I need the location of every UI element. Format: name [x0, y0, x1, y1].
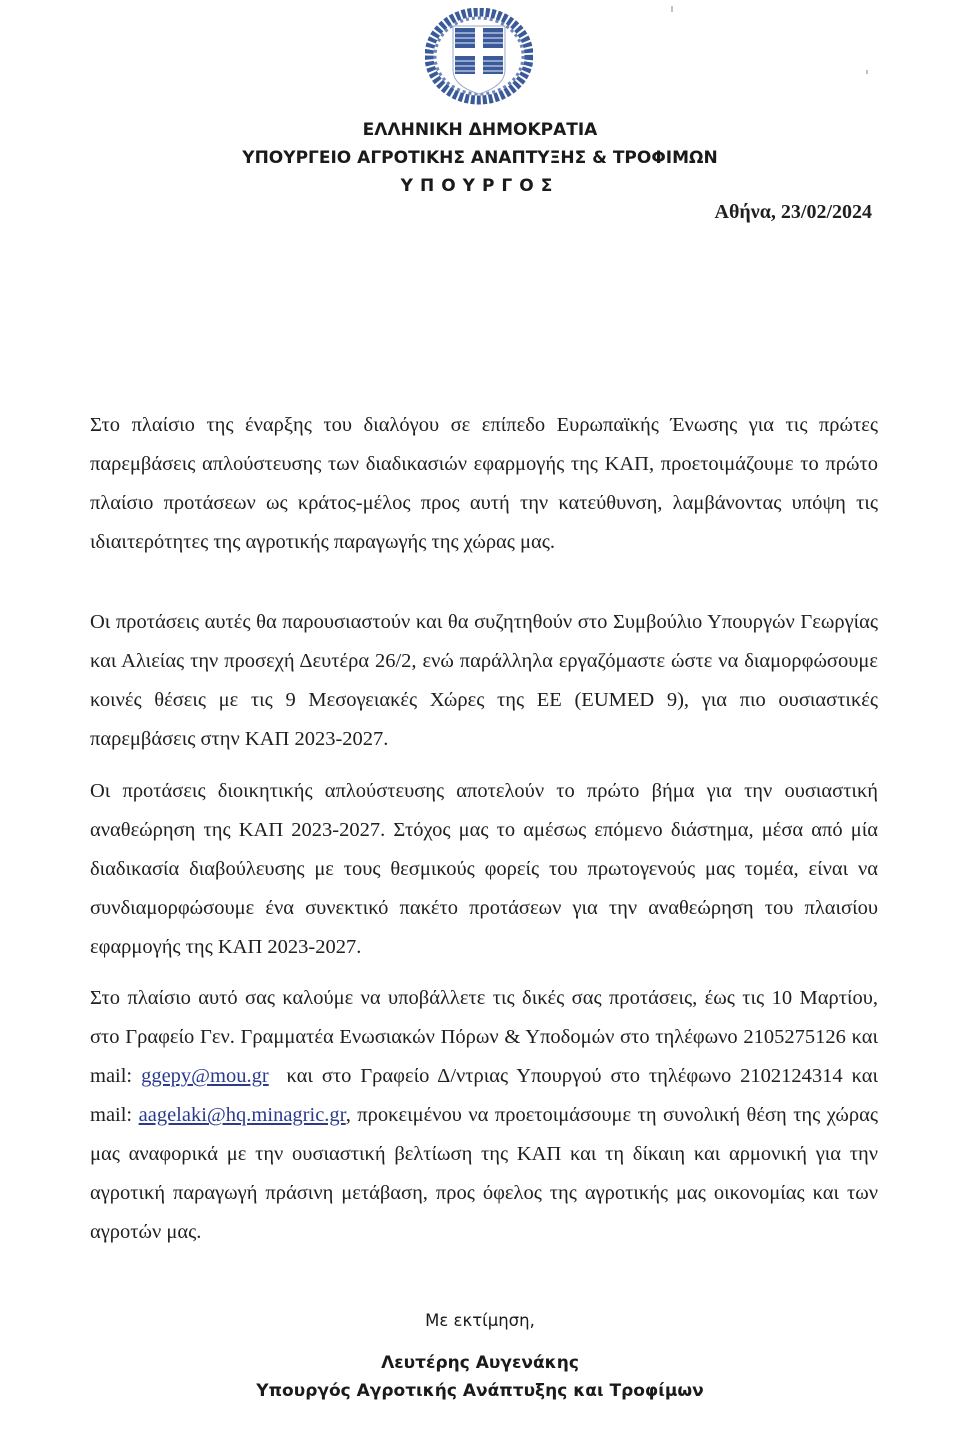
letter-page: ΕΛΛΗΝΙΚΗ ΔΗΜΟΚΡΑΤΙΑ ΥΠΟΥΡΓΕΙΟ ΑΓΡΟΤΙΚΗΣ …	[0, 0, 960, 1454]
closing-salutation: Με εκτίμηση,	[0, 1311, 960, 1330]
signatory-title: Υπουργός Αγροτικής Ανάπτυξης και Τροφίμω…	[0, 1381, 960, 1401]
scan-speck	[866, 70, 868, 74]
email-link-aagelaki[interactable]: aagelaki@hq.minagric.gr	[139, 1104, 346, 1126]
email-link-ggepy[interactable]: ggepy@mou.gr	[141, 1065, 269, 1087]
greek-coat-of-arms-icon	[425, 8, 533, 106]
signatory-name: Λευτέρης Αυγενάκης	[0, 1353, 960, 1373]
letterhead-republic: ΕΛΛΗΝΙΚΗ ΔΗΜΟΚΡΑΤΙΑ	[0, 120, 960, 140]
paragraph-2: Οι προτάσεις αυτές θα παρουσιαστούν και …	[90, 603, 878, 759]
letterhead-minister: ΥΠΟΥΡΓΟΣ	[0, 176, 960, 196]
date-line: Αθήνα, 23/02/2024	[715, 201, 872, 224]
scan-speck	[671, 6, 673, 12]
paragraph-4: Στο πλαίσιο αυτό σας καλούμε να υποβάλλε…	[90, 979, 878, 1252]
letterhead-ministry: ΥΠΟΥΡΓΕΙΟ ΑΓΡΟΤΙΚΗΣ ΑΝΑΠΤΥΞΗΣ & ΤΡΟΦΙΜΩΝ	[0, 148, 960, 168]
paragraph-1: Στο πλαίσιο της έναρξης του διαλόγου σε …	[90, 406, 878, 562]
paragraph-3: Οι προτάσεις διοικητικής απλούστευσης απ…	[90, 772, 878, 967]
